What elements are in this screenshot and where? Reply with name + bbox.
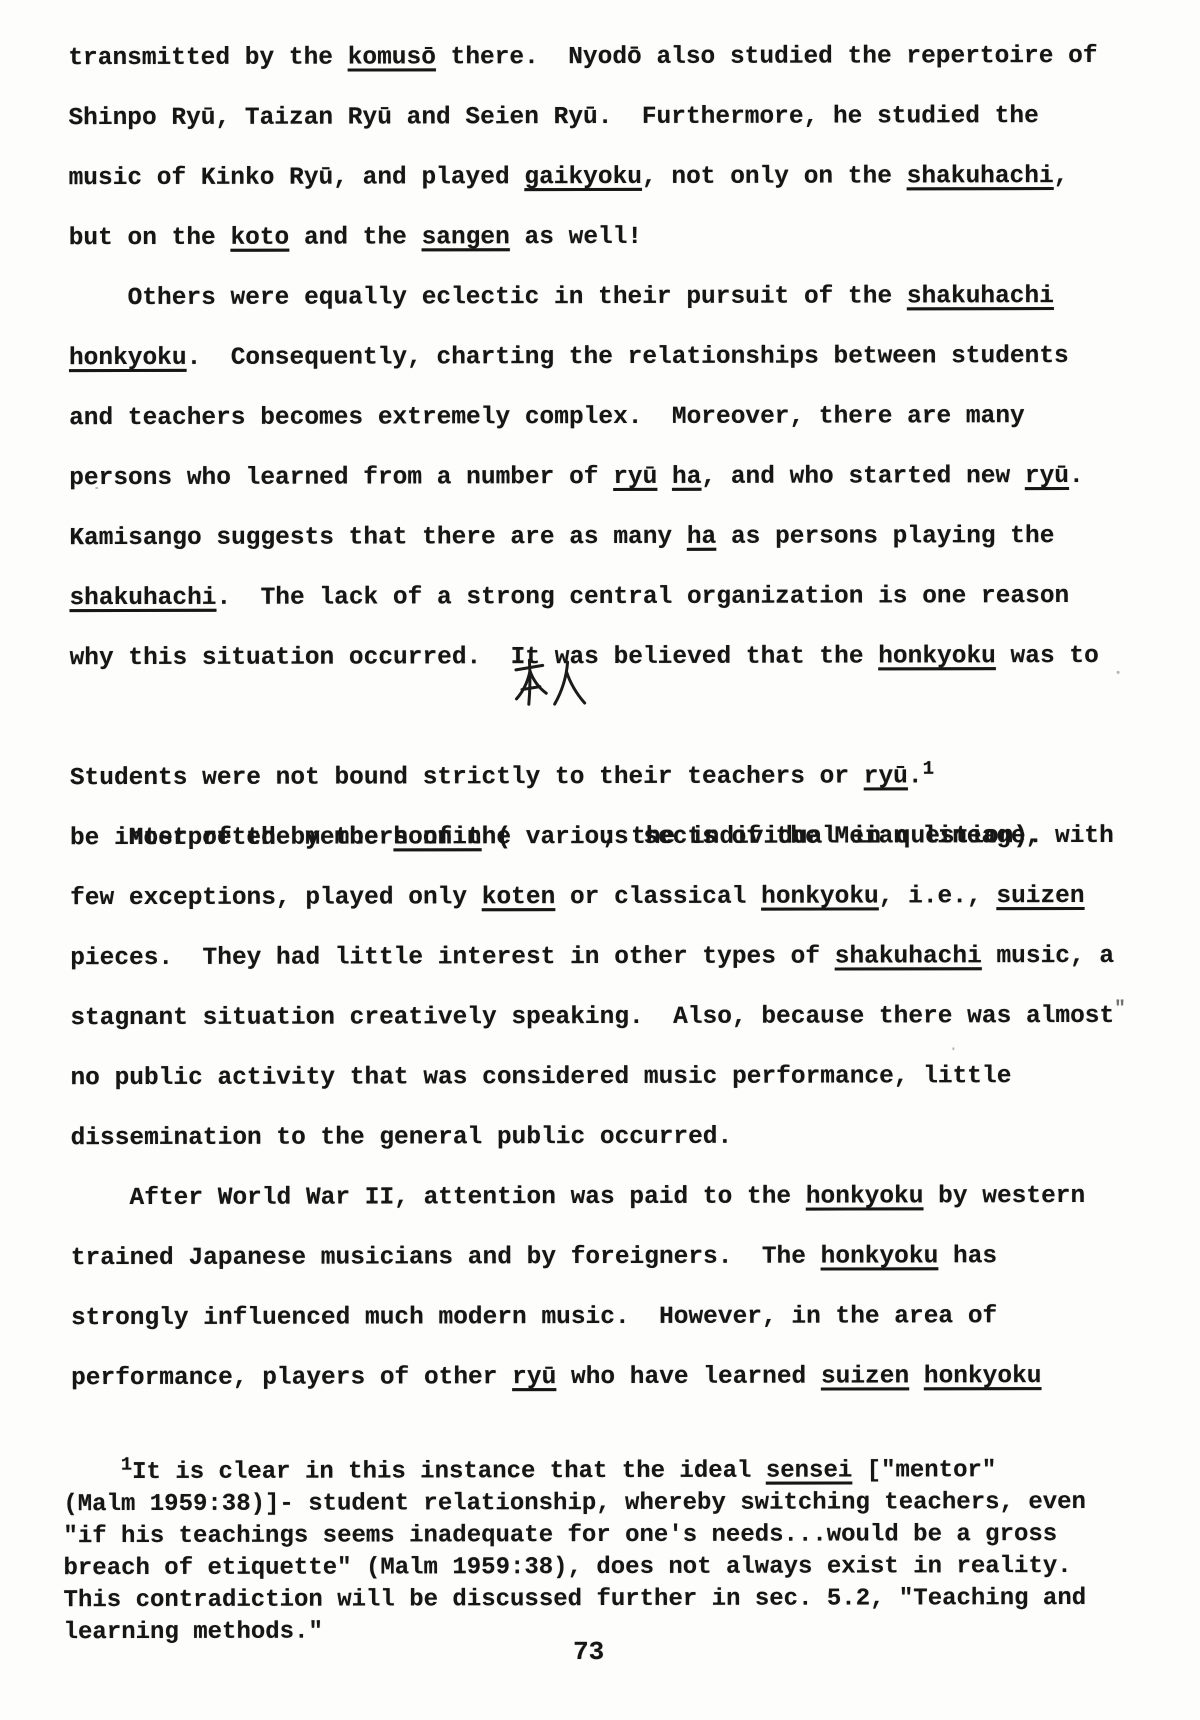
superscript: " — [1114, 978, 1126, 1038]
footnote-line: This contradiction will be discussed fur… — [64, 1583, 1162, 1617]
body-line: music of Kinko Ryū, and played gaikyoku,… — [69, 147, 1159, 209]
body-line: why this situation occurred. It was beli… — [70, 627, 1160, 689]
body-text: transmitted by the komusō there. Nyodō a… — [68, 27, 1161, 1409]
underlined-term: ha — [672, 464, 701, 491]
honnin-kanji — [511, 688, 587, 714]
body-line: Kamisango suggests that there are as man… — [69, 507, 1159, 569]
body-line: Most of the members of the various sects… — [70, 807, 1160, 869]
underlined-term: honkyoku — [821, 1243, 939, 1270]
underlined-term: ryū — [512, 1364, 556, 1391]
underlined-term: honkyoku — [761, 883, 879, 910]
underlined-term: honkyoku — [878, 643, 996, 670]
body-line: shakuhachi. The lack of a strong central… — [69, 567, 1159, 629]
body-line: but on the koto and the sangen as well! — [69, 207, 1159, 269]
superscript: 1 — [121, 1449, 132, 1481]
underlined-term: ha — [687, 524, 716, 551]
underlined-term: koto — [230, 225, 289, 252]
underlined-term: komusō — [348, 44, 436, 71]
underlined-term: gaikyoku — [524, 164, 642, 191]
body-line: and teachers becomes extremely complex. … — [69, 387, 1159, 449]
underlined-term: sangen — [422, 224, 510, 251]
footnote: 1It is clear in this instance that the i… — [63, 1455, 1161, 1649]
underlined-term: ryū — [864, 763, 908, 790]
body-line: strongly influenced much modern music. H… — [71, 1287, 1161, 1349]
scan-speck — [1117, 671, 1120, 674]
page-number: 73 — [2, 1631, 1176, 1673]
underlined-term: honkyoku — [69, 345, 187, 372]
body-line: be interpreted by the honnin ( ; the ind… — [70, 687, 1160, 749]
footnote-line: 1It is clear in this instance that the i… — [63, 1455, 1161, 1489]
underlined-term: honkyoku — [806, 1183, 924, 1210]
underlined-term: shakuhachi — [907, 163, 1054, 190]
body-line: trained Japanese musicians and by foreig… — [71, 1227, 1161, 1289]
body-line: transmitted by the komusō there. Nyodō a… — [68, 27, 1158, 89]
body-line: few exceptions, played only koten or cla… — [70, 867, 1160, 929]
underlined-term: shakuhachi — [835, 943, 982, 970]
underlined-term: shakuhachi — [907, 283, 1054, 310]
footnote-line: breach of etiquette" (Malm 1959:38), doe… — [63, 1551, 1161, 1585]
superscript: 1 — [922, 739, 934, 799]
underlined-term: honkyoku — [924, 1363, 1042, 1390]
underlined-term: ryū — [1025, 463, 1069, 490]
scan-speck — [952, 1047, 954, 1050]
document-page: transmitted by the komusō there. Nyodō a… — [0, 0, 1200, 1720]
body-line: stagnant situation creatively speaking. … — [70, 987, 1160, 1049]
body-line: no public activity that was considered m… — [70, 1047, 1160, 1109]
body-line: dissemination to the general public occu… — [71, 1107, 1161, 1169]
body-line: honkyoku. Consequently, charting the rel… — [69, 327, 1159, 389]
underlined-term: ryū — [613, 464, 657, 491]
underlined-term: suizen — [996, 883, 1084, 910]
body-line: Others were equally eclectic in their pu… — [69, 267, 1159, 329]
body-line: Shinpo Ryū, Taizan Ryū and Seien Ryū. Fu… — [68, 87, 1158, 149]
body-line: pieces. They had little interest in othe… — [70, 927, 1160, 989]
underlined-term: koten — [482, 884, 556, 911]
footnote-line: (Malm 1959:38)]- student relationship, w… — [63, 1487, 1161, 1521]
body-line: persons who learned from a number of ryū… — [69, 447, 1159, 509]
scanned-text-area: transmitted by the komusō there. Nyodō a… — [0, 0, 1200, 1720]
body-line: performance, players of other ryū who ha… — [71, 1347, 1161, 1409]
body-line: Students were not bound strictly to thei… — [70, 747, 1160, 809]
underlined-term: sensei — [766, 1457, 852, 1484]
footnote-line: "if his teachings seems inadequate for o… — [63, 1519, 1161, 1553]
underlined-term: suizen — [821, 1363, 909, 1390]
underlined-term: shakuhachi — [69, 585, 216, 612]
scan-speck — [95, 487, 98, 489]
body-line: After World War II, attention was paid t… — [71, 1167, 1161, 1229]
